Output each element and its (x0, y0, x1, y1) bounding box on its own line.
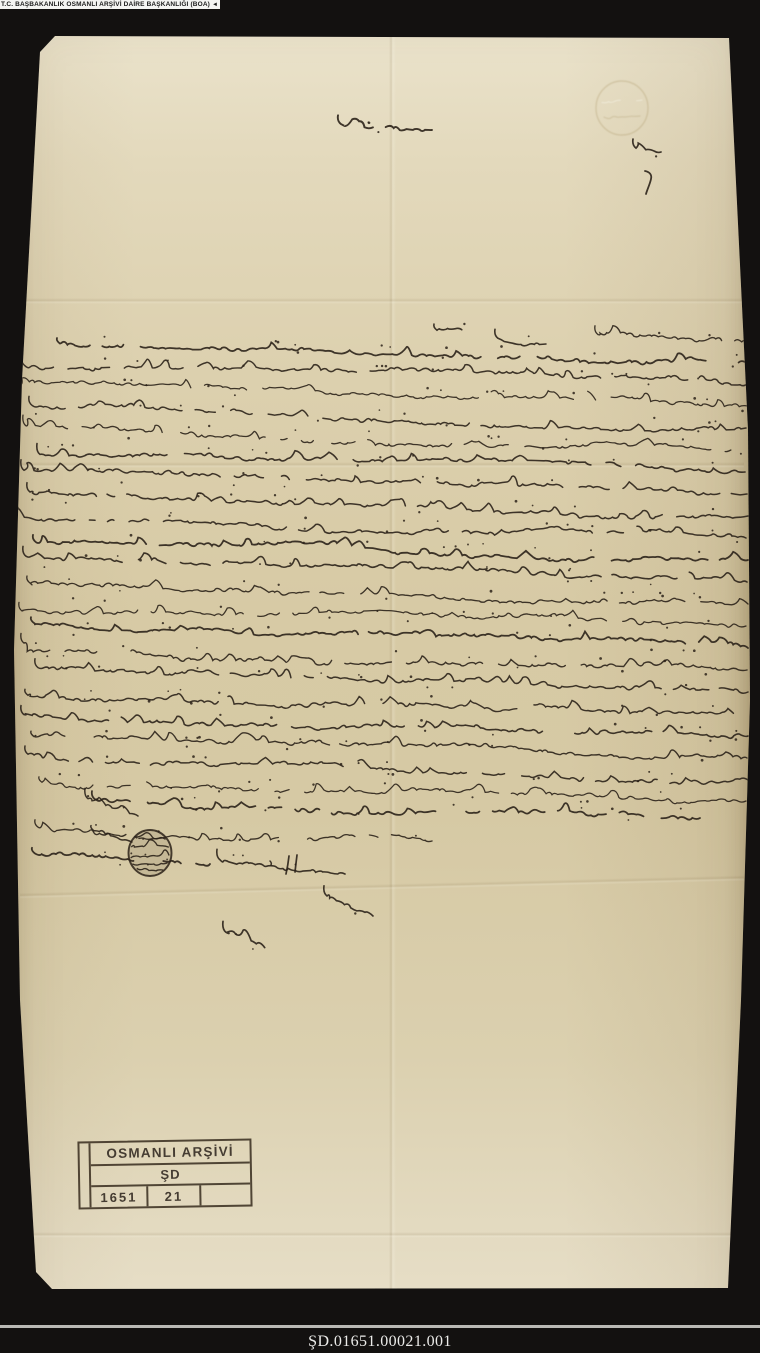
stamp-title-cell: OSMANLI ARŞİVİ (90, 1141, 249, 1167)
bottom-separator-line (0, 1325, 760, 1328)
embossed-watermark (596, 81, 648, 135)
stamp-number-cell: 1651 (91, 1186, 148, 1207)
side-note-marks (633, 139, 661, 194)
main-text-block (17, 326, 748, 866)
archive-banner: T.C. BAŞBAKANLIK OSMANLI ARŞİVİ DAİRE BA… (0, 0, 220, 9)
frame-marker-icon: ◄ (212, 2, 218, 8)
signature-annotations (217, 849, 373, 950)
archive-banner-label: T.C. BAŞBAKANLIK OSMANLI ARŞİVİ DAİRE BA… (1, 1, 210, 8)
official-seal (129, 830, 172, 876)
image-caption: ŞD.01651.00021.001 (0, 1330, 760, 1353)
document-reference-number: ŞD.01651.00021.001 (308, 1333, 452, 1351)
stamp-code-cell: ŞD (91, 1164, 250, 1188)
archive-stamp-table: OSMANLI ARŞİVİ ŞD 1651 21 (77, 1138, 252, 1209)
archive-scan-page: T.C. BAŞBAKANLIK OSMANLI ARŞİVİ DAİRE BA… (0, 0, 760, 1353)
stamp-number-cell: 21 (148, 1185, 201, 1206)
salutation-line (434, 323, 546, 348)
document-paper: OSMANLI ARŞİVİ ŞD 1651 21 (0, 0, 760, 1353)
stamp-number-cell (201, 1185, 250, 1206)
header-inscription (338, 115, 432, 133)
